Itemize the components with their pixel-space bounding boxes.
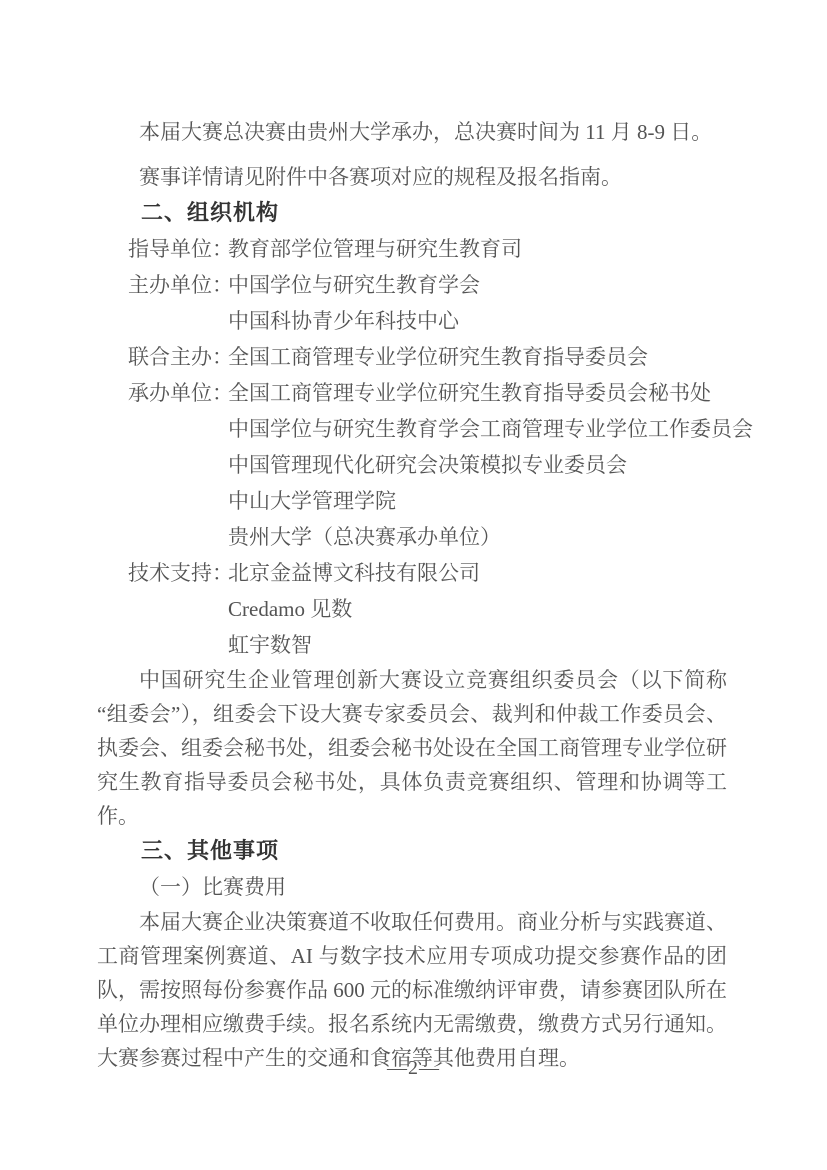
org-label-organizer: 承办单位： [128, 375, 228, 411]
org-value: 中山大学管理学院 [228, 483, 727, 519]
org-row-organizer-unit: 承办单位： 全国工商管理专业学位研究生教育指导委员会秘书处 中国学位与研究生教育… [97, 375, 727, 555]
org-value: Credamo 见数 [228, 591, 727, 627]
paragraph-committee: 中国研究生企业管理创新大赛设立竞赛组织委员会（以下简称“组委会”），组委会下设大… [97, 663, 727, 833]
paragraph-details-note: 赛事详情请见附件中各赛项对应的规程及报名指南。 [97, 159, 727, 195]
document-page: 本届大赛总决赛由贵州大学承办，总决赛时间为 11 月 8-9 日。 赛事详情请见… [0, 0, 827, 1170]
org-value: 全国工商管理专业学位研究生教育指导委员会秘书处 [228, 375, 727, 411]
paragraph-fee: 本届大赛企业决策赛道不收取任何费用。商业分析与实践赛道、工商管理案例赛道、AI … [97, 905, 727, 1075]
org-value: 北京金益博文科技有限公司 [228, 555, 727, 591]
org-value: 中国管理现代化研究会决策模拟专业委员会 [228, 447, 727, 483]
org-value: 中国学位与研究生教育学会工商管理专业学位工作委员会 [228, 411, 727, 447]
org-row-guidance-unit: 指导单位： 教育部学位管理与研究生教育司 [97, 231, 727, 267]
org-row-tech-support: 技术支持： 北京金益博文科技有限公司 Credamo 见数 虹宇数智 [97, 555, 727, 663]
org-values-co-host: 全国工商管理专业学位研究生教育指导委员会 [228, 339, 727, 375]
org-label-tech-support: 技术支持： [128, 555, 228, 591]
org-value: 中国科协青少年科技中心 [228, 303, 727, 339]
org-row-co-host: 联合主办： 全国工商管理专业学位研究生教育指导委员会 [97, 339, 727, 375]
org-values-organizer: 全国工商管理专业学位研究生教育指导委员会秘书处 中国学位与研究生教育学会工商管理… [228, 375, 727, 555]
org-label-co-host: 联合主办： [128, 339, 228, 375]
paragraph-final-venue: 本届大赛总决赛由贵州大学承办，总决赛时间为 11 月 8-9 日。 [97, 114, 727, 150]
org-value: 教育部学位管理与研究生教育司 [228, 231, 727, 267]
org-values-guidance: 教育部学位管理与研究生教育司 [228, 231, 727, 267]
org-label-guidance: 指导单位： [128, 231, 228, 267]
section-heading-organization: 二、组织机构 [97, 195, 727, 231]
page-number: —2— [0, 1056, 827, 1080]
org-values-tech-support: 北京金益博文科技有限公司 Credamo 见数 虹宇数智 [228, 555, 727, 663]
org-value: 虹宇数智 [228, 627, 727, 663]
document-content: 本届大赛总决赛由贵州大学承办，总决赛时间为 11 月 8-9 日。 赛事详情请见… [97, 114, 727, 1075]
org-value: 贵州大学（总决赛承办单位） [228, 519, 727, 555]
section-heading-other-matters: 三、其他事项 [97, 833, 727, 869]
org-value: 全国工商管理专业学位研究生教育指导委员会 [228, 339, 727, 375]
org-row-host-unit: 主办单位： 中国学位与研究生教育学会 中国科协青少年科技中心 [97, 267, 727, 339]
org-label-host: 主办单位： [128, 267, 228, 303]
org-value: 中国学位与研究生教育学会 [228, 267, 727, 303]
org-values-host: 中国学位与研究生教育学会 中国科协青少年科技中心 [228, 267, 727, 339]
subsection-heading-fee: （一）比赛费用 [97, 869, 727, 905]
